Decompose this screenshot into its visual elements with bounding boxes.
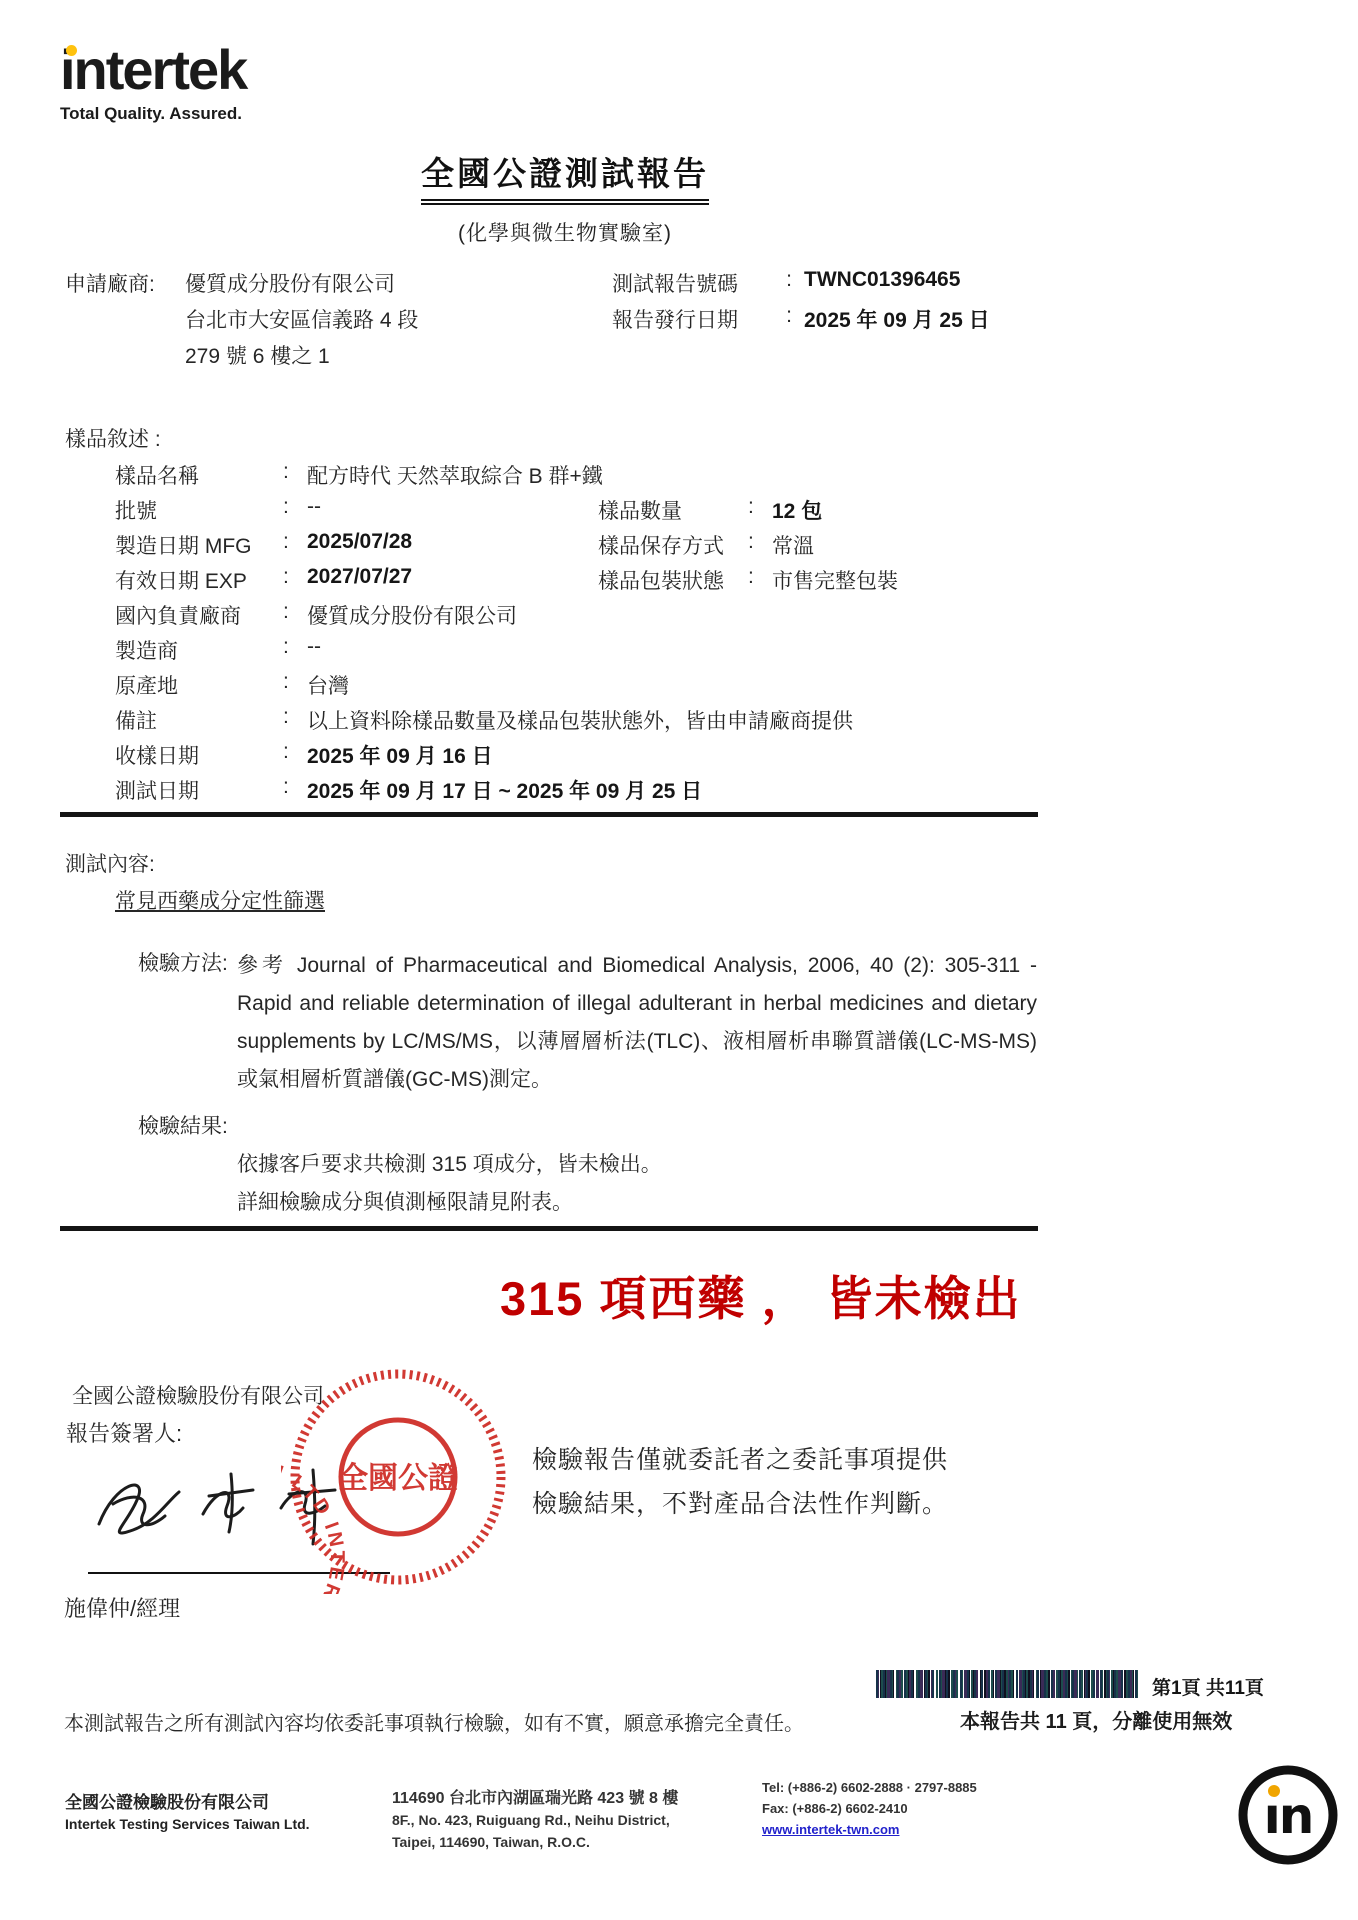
field-label: 製造日期 MFG bbox=[115, 530, 283, 560]
colon: : bbox=[774, 304, 804, 334]
field-label: 測試日期 bbox=[115, 775, 283, 805]
field-value: 以上資料除樣品數量及樣品包裝狀態外，皆由申請廠商提供 bbox=[307, 705, 853, 735]
field-label: 備註 bbox=[115, 705, 283, 735]
signer-label: 報告簽署人: bbox=[66, 1417, 182, 1448]
report-number-value: TWNC01396465 bbox=[804, 268, 960, 298]
colon: : bbox=[748, 565, 772, 595]
sample-field-row: 樣品數量 : 12 包 bbox=[598, 495, 822, 525]
page-subtitle: (化學與微生物實驗室) bbox=[285, 217, 845, 247]
sample-field-row: 樣品包裝狀態 : 市售完整包裝 bbox=[598, 565, 898, 595]
colon: : bbox=[283, 600, 307, 630]
colon: : bbox=[283, 740, 307, 770]
field-value: 2025 年 09 月 16 日 bbox=[307, 740, 493, 770]
footer-website-link[interactable]: www.intertek-twn.com bbox=[762, 1822, 899, 1837]
page-number: 第1頁 共11頁 bbox=[1152, 1673, 1264, 1700]
report-number-label: 測試報告號碼 bbox=[612, 268, 774, 298]
field-value: -- bbox=[307, 495, 321, 525]
colon: : bbox=[283, 635, 307, 665]
field-value: -- bbox=[307, 635, 321, 665]
field-label: 樣品保存方式 bbox=[598, 530, 748, 560]
colon: : bbox=[283, 495, 307, 525]
footer-company-zh: 全國公證檢驗股份有限公司 bbox=[65, 1788, 269, 1813]
statement-right: 本報告共 11 頁，分離使用無效 bbox=[960, 1705, 1232, 1734]
applicant-address-line1: 台北市大安區信義路 4 段 bbox=[185, 304, 418, 334]
field-value: 台灣 bbox=[307, 670, 349, 700]
applicant-address-line2: 279 號 6 樓之 1 bbox=[185, 340, 330, 370]
section-divider bbox=[60, 812, 1038, 817]
field-label: 收樣日期 bbox=[115, 740, 283, 770]
section-divider bbox=[60, 1226, 1038, 1231]
sample-field-row: 國內負責廠商 : 優質成分股份有限公司 bbox=[115, 600, 517, 630]
colon: : bbox=[283, 775, 307, 805]
sample-field-row: 有效日期 EXP : 2027/07/27 bbox=[115, 565, 412, 595]
footer-tel: Tel: (+886-2) 6602-2888 · 2797-8885 bbox=[762, 1780, 977, 1795]
barcode bbox=[876, 1670, 1140, 1698]
field-value: 2027/07/27 bbox=[307, 565, 412, 595]
colon: : bbox=[774, 268, 804, 298]
field-value: 2025 年 09 月 17 日 ~ 2025 年 09 月 25 日 bbox=[307, 775, 702, 805]
field-label: 樣品名稱 bbox=[115, 460, 283, 490]
intertek-roundel-icon: ın bbox=[1233, 1760, 1343, 1870]
sample-field-row: 樣品保存方式 : 常溫 bbox=[598, 530, 814, 560]
applicant-name: 優質成分股份有限公司 bbox=[185, 268, 395, 298]
colon: : bbox=[283, 670, 307, 700]
signer-name-title: 施偉仲/經理 bbox=[64, 1592, 180, 1623]
colon: : bbox=[283, 565, 307, 595]
issue-date-row: 報告發行日期 : 2025 年 09 月 25 日 bbox=[612, 304, 990, 334]
test-content-title: 測試內容: bbox=[65, 848, 155, 878]
field-label: 批號 bbox=[115, 495, 283, 525]
logo-yellow-dot-icon bbox=[66, 45, 77, 56]
result-line-1: 依據客戶要求共檢測 315 項成分，皆未檢出。 bbox=[237, 1148, 662, 1178]
statement-left: 本測試報告之所有測試內容均依委託事項執行檢驗，如有不實，願意承擔完全責任。 bbox=[64, 1707, 804, 1736]
colon: : bbox=[283, 705, 307, 735]
issue-date-value: 2025 年 09 月 25 日 bbox=[804, 304, 990, 334]
field-label: 國內負責廠商 bbox=[115, 600, 283, 630]
seal-center-text: 全國公證 bbox=[338, 1462, 458, 1495]
field-value: 配方時代 天然萃取綜合 B 群+鐵 bbox=[307, 460, 603, 490]
test-item: 常見西藥成分定性篩選 bbox=[115, 885, 325, 915]
footer-fax: Fax: (+886-2) 6602-2410 bbox=[762, 1801, 908, 1816]
field-label: 樣品包裝狀態 bbox=[598, 565, 748, 595]
sample-field-row: 測試日期 : 2025 年 09 月 17 日 ~ 2025 年 09 月 25… bbox=[115, 775, 702, 805]
field-label: 製造商 bbox=[115, 635, 283, 665]
sample-section-title: 樣品敘述 : bbox=[65, 423, 161, 453]
method-text: 參考 Journal of Pharmaceutical and Biomedi… bbox=[237, 947, 1037, 1099]
footer-address-zh: 114690 台北市內湖區瑞光路 423 號 8 樓 bbox=[392, 1785, 678, 1808]
field-value: 優質成分股份有限公司 bbox=[307, 600, 517, 630]
result-label: 檢驗結果: bbox=[138, 1110, 228, 1140]
company-seal: INTERTEK TESTING SERVICES TAIWAN LTD. 全國… bbox=[281, 1360, 515, 1594]
disclaimer-line-2: 檢驗結果，不對產品合法性作判斷。 bbox=[532, 1484, 948, 1520]
field-label: 有效日期 EXP bbox=[115, 565, 283, 595]
intertek-wordmark: intertek bbox=[60, 42, 246, 98]
logo-tagline: Total Quality. Assured. bbox=[60, 104, 246, 124]
field-value: 12 包 bbox=[772, 495, 822, 525]
report-number-row: 測試報告號碼 : TWNC01396465 bbox=[612, 268, 960, 298]
page-title: 全國公證測試報告 bbox=[421, 148, 709, 205]
report-page: intertek Total Quality. Assured. 全國公證測試報… bbox=[0, 0, 1358, 1920]
colon: : bbox=[748, 530, 772, 560]
sample-field-row: 收樣日期 : 2025 年 09 月 16 日 bbox=[115, 740, 493, 770]
sample-field-row: 批號 : -- bbox=[115, 495, 321, 525]
intertek-logo: intertek Total Quality. Assured. bbox=[60, 42, 246, 124]
field-label: 樣品數量 bbox=[598, 495, 748, 525]
field-label: 原產地 bbox=[115, 670, 283, 700]
colon: : bbox=[283, 530, 307, 560]
footer-address-en2: Taipei, 114690, Taiwan, R.O.C. bbox=[392, 1834, 590, 1850]
sample-field-row: 備註 : 以上資料除樣品數量及樣品包裝狀態外，皆由申請廠商提供 bbox=[115, 705, 853, 735]
sample-field-row: 製造商 : -- bbox=[115, 635, 321, 665]
highlight-text: 315 項西藥 ， 皆未檢出 bbox=[500, 1262, 1022, 1329]
colon: : bbox=[283, 460, 307, 490]
result-line-2: 詳細檢驗成分與偵測極限請見附表。 bbox=[237, 1186, 573, 1216]
method-label: 檢驗方法: bbox=[138, 947, 228, 977]
sample-field-row: 原產地 : 台灣 bbox=[115, 670, 349, 700]
field-value: 2025/07/28 bbox=[307, 530, 412, 560]
colon: : bbox=[748, 495, 772, 525]
disclaimer-line-1: 檢驗報告僅就委託者之委託事項提供 bbox=[532, 1440, 948, 1476]
footer-company-en: Intertek Testing Services Taiwan Ltd. bbox=[65, 1816, 310, 1832]
field-value: 常溫 bbox=[772, 530, 814, 560]
footer-address-en1: 8F., No. 423, Ruiguang Rd., Neihu Distri… bbox=[392, 1812, 670, 1828]
sample-field-row: 製造日期 MFG : 2025/07/28 bbox=[115, 530, 412, 560]
field-value: 市售完整包裝 bbox=[772, 565, 898, 595]
applicant-label: 申請廠商: bbox=[65, 268, 155, 298]
sample-field-row: 樣品名稱 : 配方時代 天然萃取綜合 B 群+鐵 bbox=[115, 460, 603, 490]
issue-date-label: 報告發行日期 bbox=[612, 304, 774, 334]
